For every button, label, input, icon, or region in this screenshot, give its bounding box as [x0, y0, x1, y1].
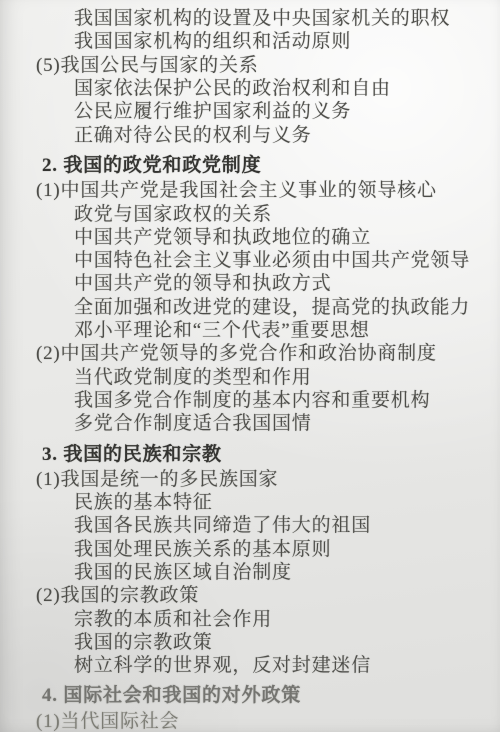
outline-subitem: 宗教的本质和社会作用 [0, 605, 500, 628]
outline-subitem: 中国共产党的领导和执政方式 [0, 270, 500, 293]
outline-subitem: 我国处理民族关系的基本原则 [0, 536, 500, 559]
outline-subitem: 树立科学的世界观，反对封建迷信 [0, 652, 500, 675]
outline-item: (5)我国公民与国家的关系 [0, 52, 500, 75]
outline-item: (1)中国共产党是我国社会主义事业的领导核心 [0, 177, 500, 200]
outline-item: (1)我国是统一的多民族国家 [0, 466, 500, 489]
outline-subitem: 政党与国家政权的关系 [0, 200, 500, 223]
outline-subitem: 多党合作制度适合我国国情 [0, 410, 500, 433]
outline-subitem: 我国国家机构的组织和活动原则 [0, 28, 500, 51]
outline-subitem: 邓小平理论和“三个代表”重要思想 [0, 317, 500, 340]
syllabus-outline: 我国国家机构的设置及中央国家机关的职权我国国家机构的组织和活动原则(5)我国公民… [0, 5, 500, 731]
outline-subitem: 全面加强和改进党的建设，提高党的执政能力 [0, 294, 500, 317]
outline-item: (2)中国共产党领导的多党合作和政治协商制度 [0, 340, 500, 363]
outline-heading: 3. 我国的民族和宗教 [0, 440, 500, 463]
outline-subitem: 我国的民族区域自治制度 [0, 559, 500, 582]
outline-subitem: 正确对待公民的权利与义务 [0, 121, 500, 144]
book-page: 我国国家机构的设置及中央国家机关的职权我国国家机构的组织和活动原则(5)我国公民… [0, 0, 500, 732]
outline-item: (1)当代国际社会 [0, 708, 500, 731]
outline-subitem: 中国特色社会主义事业必须由中国共产党领导 [0, 247, 500, 270]
outline-subitem: 我国的宗教政策 [0, 629, 500, 652]
outline-subitem: 我国各民族共同缔造了伟大的祖国 [0, 512, 500, 535]
outline-heading: 2. 我国的政党和政党制度 [0, 152, 500, 175]
outline-item: (2)我国的宗教政策 [0, 582, 500, 605]
outline-subitem: 公民应履行维护国家利益的义务 [0, 98, 500, 121]
outline-subitem: 民族的基本特征 [0, 489, 500, 512]
outline-heading: 4. 国际社会和我国的对外政策 [0, 682, 500, 705]
outline-subitem: 我国多党合作制度的基本内容和重要机构 [0, 387, 500, 410]
outline-subitem: 我国国家机构的设置及中央国家机关的职权 [0, 5, 500, 28]
outline-subitem: 当代政党制度的类型和作用 [0, 363, 500, 386]
outline-subitem: 国家依法保护公民的政治权利和自由 [0, 75, 500, 98]
outline-subitem: 中国共产党领导和执政地位的确立 [0, 224, 500, 247]
